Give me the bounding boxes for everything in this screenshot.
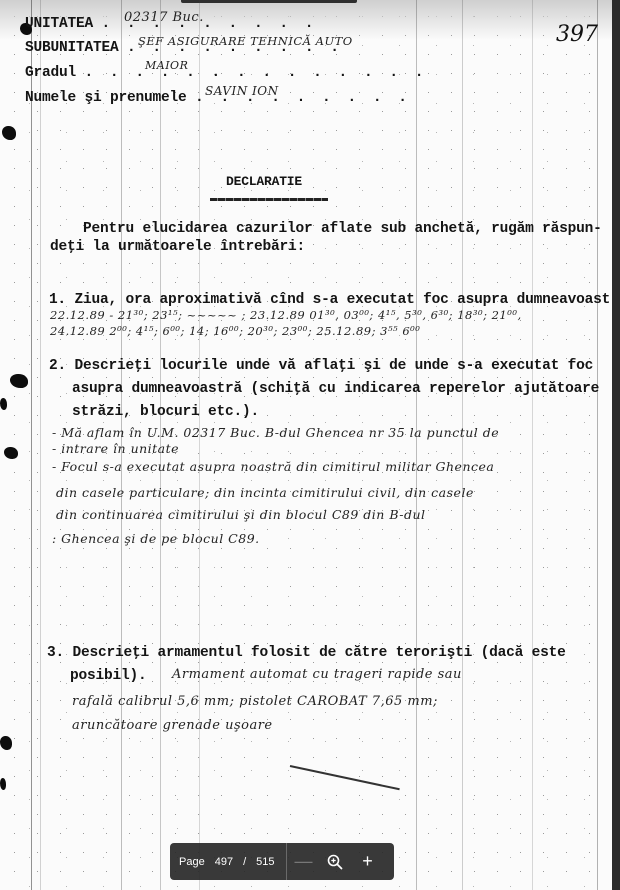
answer-line: rafală calibrul 5,6 mm; pistolet CAROBAT…	[72, 694, 438, 709]
question-text: străzi, blocuri etc.).	[72, 404, 259, 420]
document-title: DECLARATIE	[226, 174, 302, 189]
answer-line: Armament automat cu trageri rapide sau	[172, 667, 462, 682]
question-number: 2.	[49, 358, 66, 374]
field-value: SAVIN ION	[205, 84, 279, 98]
question-2: 2. Descrieţi locurile unde vă aflaţi şi …	[49, 358, 593, 374]
page-navigation-toolbar: Page 497 / 515 — +	[170, 843, 394, 880]
question-text: posibil).	[70, 668, 147, 684]
scan-line	[597, 0, 598, 890]
ink-blob	[2, 126, 16, 140]
document-page: 397 UNITATEA . . . . . . . . . 02317 Buc…	[0, 0, 612, 890]
page-separator: /	[243, 856, 246, 868]
field-dots: . . . . . . . . . . . . . .	[85, 65, 428, 81]
intro-line: deţi la următoarele întrebări:	[50, 239, 305, 255]
question-text: Descrieţi locurile unde vă aflaţi şi de …	[75, 358, 594, 374]
question-text: asupra dumneavoastră (schiţă cu indicare…	[72, 381, 599, 397]
title-underline	[210, 198, 328, 201]
total-pages: 515	[256, 856, 274, 868]
question-text: Ziua, ora aproximativă cînd s-a executat…	[75, 292, 611, 308]
field-gradul: Gradul . . . . . . . . . . . . . .	[25, 65, 427, 81]
ink-blob	[10, 374, 28, 388]
field-label: SUBUNITATEA	[25, 40, 119, 56]
scan-line	[462, 0, 463, 890]
answer-line: 22.12.89 - 21³⁰; 23¹⁵; ~~~~~ ; 23.12.89 …	[50, 308, 522, 322]
page-indicator: Page 497 / 515	[170, 843, 286, 880]
scan-line	[31, 0, 32, 890]
ink-blob	[0, 398, 7, 410]
scan-line	[199, 0, 200, 890]
zoom-out-button[interactable]: —	[287, 843, 319, 880]
field-value: ŞEF ASIGURARE TEHNICĂ AUTO	[138, 34, 353, 48]
ink-blob	[4, 447, 18, 459]
field-label: UNITATEA	[25, 16, 93, 32]
magnifier-plus-icon	[327, 854, 343, 870]
pen-stroke	[290, 765, 400, 790]
question-text: Descrieţi armamentul folosit de către te…	[73, 645, 566, 661]
question-3: 3. Descrieţi armamentul folosit de către…	[47, 645, 566, 661]
plus-icon: +	[362, 851, 373, 872]
scan-line	[532, 0, 533, 890]
answer-line: - intrare în unitate	[52, 441, 179, 456]
zoom-fit-button[interactable]	[319, 843, 351, 880]
answer-line: din casele particulare; din incinta cimi…	[56, 485, 474, 500]
current-page-input[interactable]: 497	[215, 856, 233, 868]
answer-line: - Mă aflam în U.M. 02317 Buc. B-dul Ghen…	[52, 425, 499, 440]
field-value: MAIOR	[145, 59, 188, 72]
field-label: Gradul	[25, 65, 76, 81]
question-number: 3.	[47, 645, 64, 661]
answer-line: - Focul s-a executat asupra noastră din …	[52, 459, 494, 474]
question-1: 1. Ziua, ora aproximativă cînd s-a execu…	[49, 292, 610, 308]
zoom-in-button[interactable]: +	[351, 843, 383, 880]
minus-icon: —	[294, 851, 312, 872]
field-value: 02317 Buc.	[124, 10, 204, 25]
ink-blob	[0, 736, 12, 750]
answer-line: : Ghencea şi de pe blocul C89.	[52, 531, 260, 546]
scan-line	[40, 0, 41, 890]
answer-line: aruncătoare grenade uşoare	[72, 718, 273, 733]
answer-line: 24.12.89 2⁰⁰; 4¹⁵; 6⁰⁰; 14; 16⁰⁰; 20³⁰; …	[50, 324, 420, 338]
ink-blob	[0, 778, 6, 790]
field-label: Numele şi prenumele	[25, 90, 187, 106]
top-toolbar-edge	[181, 0, 357, 3]
page-label: Page	[179, 856, 205, 868]
question-number: 1.	[49, 292, 66, 308]
page-stamp-number: 397	[556, 22, 598, 47]
scan-line	[416, 0, 417, 890]
answer-line: din continuarea cimitirului şi din blocu…	[56, 507, 426, 522]
viewer-side-panel-edge	[612, 0, 620, 890]
intro-line: Pentru elucidarea cazurilor aflate sub a…	[83, 221, 602, 237]
